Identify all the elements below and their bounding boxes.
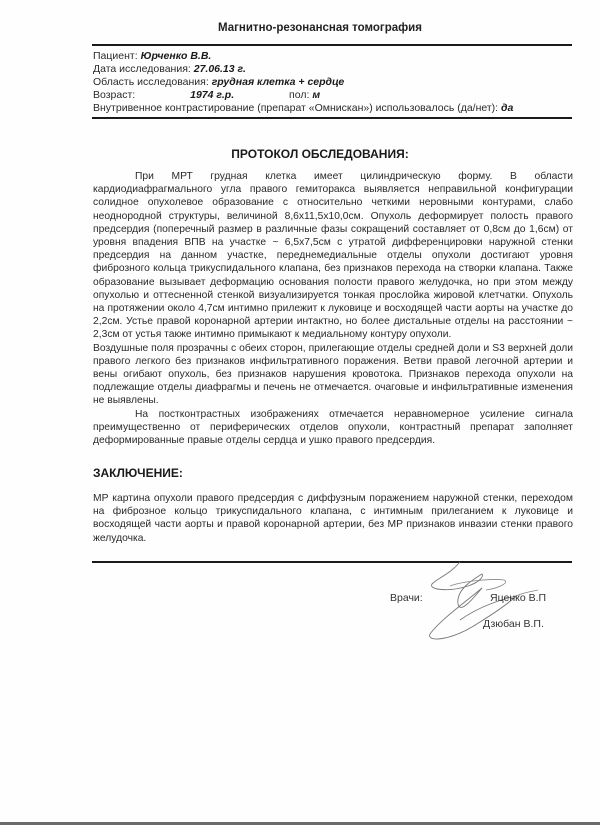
doctors-label: Врачи: xyxy=(390,592,423,604)
protocol-heading: ПРОТОКОЛ ОБСЛЕДОВАНИЯ: xyxy=(0,147,600,161)
conclusion-heading: ЗАКЛЮЧЕНИЕ: xyxy=(93,466,183,480)
patient-label: Пациент: xyxy=(93,50,138,62)
exam-area-row: Область исследования: грудная клетка + с… xyxy=(93,76,573,89)
exam-area-value: грудная клетка + сердце xyxy=(212,76,345,88)
exam-date-label: Дата исследования: xyxy=(93,63,191,75)
exam-date-value: 27.06.13 г. xyxy=(194,63,246,75)
patient-name: Юрченко В.В. xyxy=(141,50,212,62)
contrast-row: Внутривенное контрастирование (препарат … xyxy=(93,102,573,115)
protocol-paragraph: На постконтрастных изображениях отмечает… xyxy=(93,408,573,448)
patient-info-block: Пациент: Юрченко В.В. Дата исследования:… xyxy=(93,50,573,115)
conclusion-text: МР картина опухоли правого предсердия с … xyxy=(93,492,573,545)
birth-year-value: 1974 г.р. xyxy=(190,89,234,102)
doctor-name: Дзюбан В.П. xyxy=(483,618,544,630)
conclusion-body: МР картина опухоли правого предсердия с … xyxy=(93,492,573,545)
patient-row: Пациент: Юрченко В.В. xyxy=(93,50,573,63)
handwritten-signature-icon xyxy=(420,560,540,650)
contrast-label: Внутривенное контрастирование (препарат … xyxy=(93,102,498,114)
contrast-value: да xyxy=(501,102,513,114)
sex-value: м xyxy=(312,89,320,101)
exam-date-row: Дата исследования: 27.06.13 г. xyxy=(93,63,573,76)
sex-label: пол: xyxy=(289,89,309,102)
header-bottom-divider xyxy=(92,117,572,119)
protocol-body: При МРТ грудная клетка имеет цилиндричес… xyxy=(93,170,573,447)
document-title: Магнитно-резонансная томография xyxy=(0,22,600,34)
protocol-paragraph: Воздушные поля прозрачны с обеих сторон,… xyxy=(93,342,573,408)
header-top-divider xyxy=(92,44,572,46)
signature-block: Врачи: Яценко В.П Дзюбан В.П. xyxy=(300,560,590,650)
protocol-paragraph: При МРТ грудная клетка имеет цилиндричес… xyxy=(93,170,573,342)
exam-area-label: Область исследования: xyxy=(93,76,209,88)
doctor-name: Яценко В.П xyxy=(490,592,546,604)
scanned-document-page: Магнитно-резонансная томография Пациент:… xyxy=(0,0,600,825)
age-sex-row: Возраст: 1974 г.р. пол: м xyxy=(93,89,573,102)
age-label: Возраст: xyxy=(93,89,135,101)
